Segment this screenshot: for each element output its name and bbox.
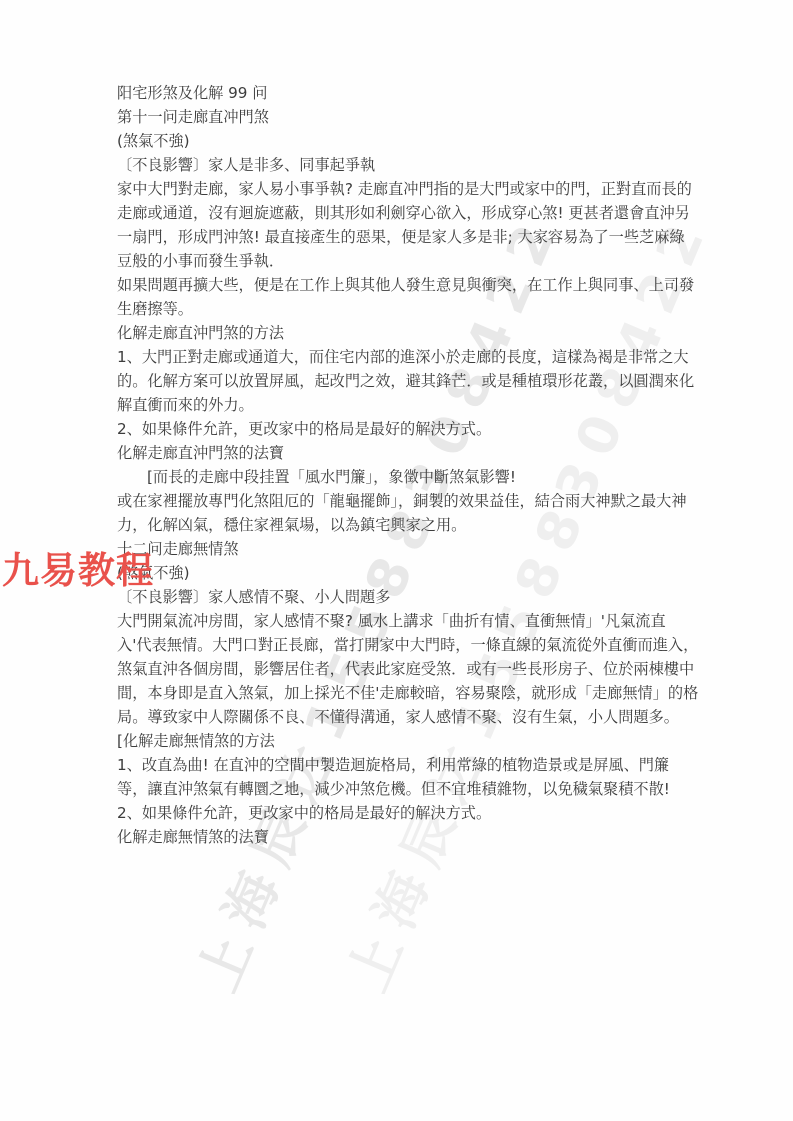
q11-treasure-item-1: [而長的走廊中段挂置「風水門簾」，象徵中斷煞氣影響! <box>117 465 699 489</box>
q11-body-paragraph-2: 如果問題再擴大些，便是在工作上與其他人發生意見與衝突，在工作上與同事、上司發生磨… <box>117 273 699 321</box>
q12-method-title: [化解走廊無情煞的方法 <box>117 729 699 753</box>
q12-body-paragraph: 大門開氣流冲房間，家人感情不聚? 風水上講求「曲折有情、直衝無情」'凡氣流直入'… <box>117 609 699 729</box>
q11-method-item-1: 1、大門正對走廊或通道大，而住宅内部的進深小於走廊的長度，這樣為褐是非常之大的。… <box>117 345 699 417</box>
doc-title: 阳宅形煞及化解 99 问 <box>117 81 699 105</box>
q12-strength-note: (煞氣不強) <box>117 561 699 585</box>
q12-bad-effects: 〔不良影響〕家人感情不聚、小人問題多 <box>117 585 699 609</box>
q11-heading: 第十一问走廊直冲門煞 <box>117 105 699 129</box>
q12-method-item-2: 2、如果條件允許，更改家中的格局是最好的解決方式。 <box>117 801 699 825</box>
red-brand-watermark: 九易教程 <box>2 540 154 594</box>
q11-strength-note: (煞氣不強) <box>117 129 699 153</box>
document-page: 上海辰达15588308422 上海辰达15588308422 阳宅形煞及化解 … <box>0 0 793 1121</box>
q11-method-title: 化解走廊直沖門煞的方法 <box>117 321 699 345</box>
q12-treasure-title: 化解走廊無情煞的法寶 <box>117 825 699 849</box>
q11-body-paragraph-1: 家中大門對走廊，家人易小事爭執? 走廊直冲門指的是大門或家中的門，正對直而長的走… <box>117 177 699 273</box>
q11-bad-effects: 〔不良影響〕家人是非多、同事起爭執 <box>117 153 699 177</box>
q12-heading: 十二问走廊無情煞 <box>117 537 699 561</box>
q11-method-item-2: 2、如果條件允許，更改家中的格局是最好的解決方式。 <box>117 417 699 441</box>
document-content: 阳宅形煞及化解 99 问 第十一问走廊直冲門煞 (煞氣不強) 〔不良影響〕家人是… <box>117 81 699 849</box>
q11-treasure-item-2: 或在家裡擺放專門化煞阻厄的「龍龜擺飾」，銅製的效果益佳，結合雨大神默之最大神力，… <box>117 489 699 537</box>
q11-treasure-title: 化解走廊直沖門煞的法寶 <box>117 441 699 465</box>
q12-method-item-1: 1、改直為曲! 在直沖的空間中製造迴旋格局，利用常綠的植物造景或是屏風、門簾等，… <box>117 753 699 801</box>
